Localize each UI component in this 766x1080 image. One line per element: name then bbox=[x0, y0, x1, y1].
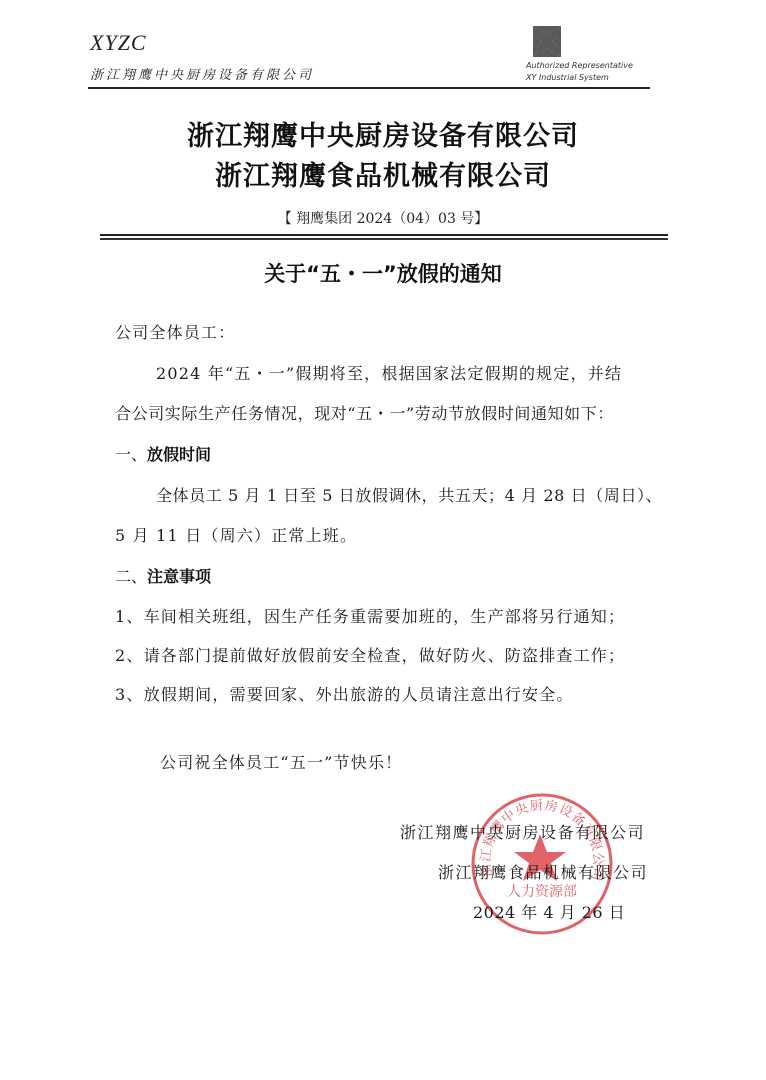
intro-line-2: 合公司实际生产任务情况，现对“五・一”劳动节放假时间通知如下： bbox=[115, 401, 614, 424]
section-title: 放假时间 bbox=[147, 445, 211, 464]
brand-logotype: XYZC bbox=[90, 30, 147, 56]
section-heading-2: 二、注意事项 bbox=[115, 564, 211, 587]
letterhead-rule bbox=[88, 87, 650, 89]
section-heading-1: 一、放假时间 bbox=[115, 442, 211, 465]
salutation: 公司全体员工： bbox=[115, 320, 235, 343]
letterhead-company-name: 浙江翔鹰中央厨房设备有限公司 bbox=[90, 64, 314, 83]
document-title-line2: 浙江翔鹰食品机械有限公司 bbox=[0, 154, 766, 193]
list-item: 3、放假期间，需要回家、外出旅游的人员请注意出行安全。 bbox=[115, 682, 574, 705]
logo-caption: Authorized Representative XY Industrial … bbox=[526, 60, 633, 84]
section-title: 注意事项 bbox=[147, 567, 211, 586]
document-number: 【 翔鹰集团 2024（04）03 号】 bbox=[0, 208, 766, 228]
x-cross-logo-icon bbox=[533, 26, 561, 57]
intro-line-1: 2024 年“五・一”假期将至，根据国家法定假期的规定，并结 bbox=[156, 361, 622, 384]
list-item: 2、请各部门提前做好放假前安全检查，做好防火、防盗排查工作； bbox=[115, 643, 625, 666]
stamp-department-text: 人力资源部 bbox=[507, 883, 577, 900]
signature-company-2: 浙江翔鹰食品机械有限公司 bbox=[438, 860, 648, 883]
closing-blessing: 公司祝全体员工“五一”节快乐！ bbox=[160, 750, 402, 773]
logo-caption-line2: XY Industrial System bbox=[526, 72, 633, 84]
document-title-line1: 浙江翔鹰中央厨房设备有限公司 bbox=[0, 114, 766, 153]
notice-title: 关于“五・一”放假的通知 bbox=[0, 258, 766, 288]
list-item: 1、车间相关班组，因生产任务重需要加班的，生产部将另行通知； bbox=[115, 604, 625, 627]
section1-line-2: 5 月 11 日（周六）正常上班。 bbox=[115, 523, 357, 546]
section-number: 一、 bbox=[115, 445, 147, 464]
signature-company-1: 浙江翔鹰中央厨房设备有限公司 bbox=[400, 820, 645, 843]
section-number: 二、 bbox=[115, 567, 147, 586]
logo-caption-line1: Authorized Representative bbox=[526, 60, 633, 72]
signature-date: 2024 年 4 月 26 日 bbox=[473, 900, 625, 923]
title-double-rule bbox=[100, 234, 668, 240]
section1-line-1: 全体员工 5 月 1 日至 5 日放假调休，共五天；4 月 28 日（周日）、 bbox=[156, 483, 662, 506]
